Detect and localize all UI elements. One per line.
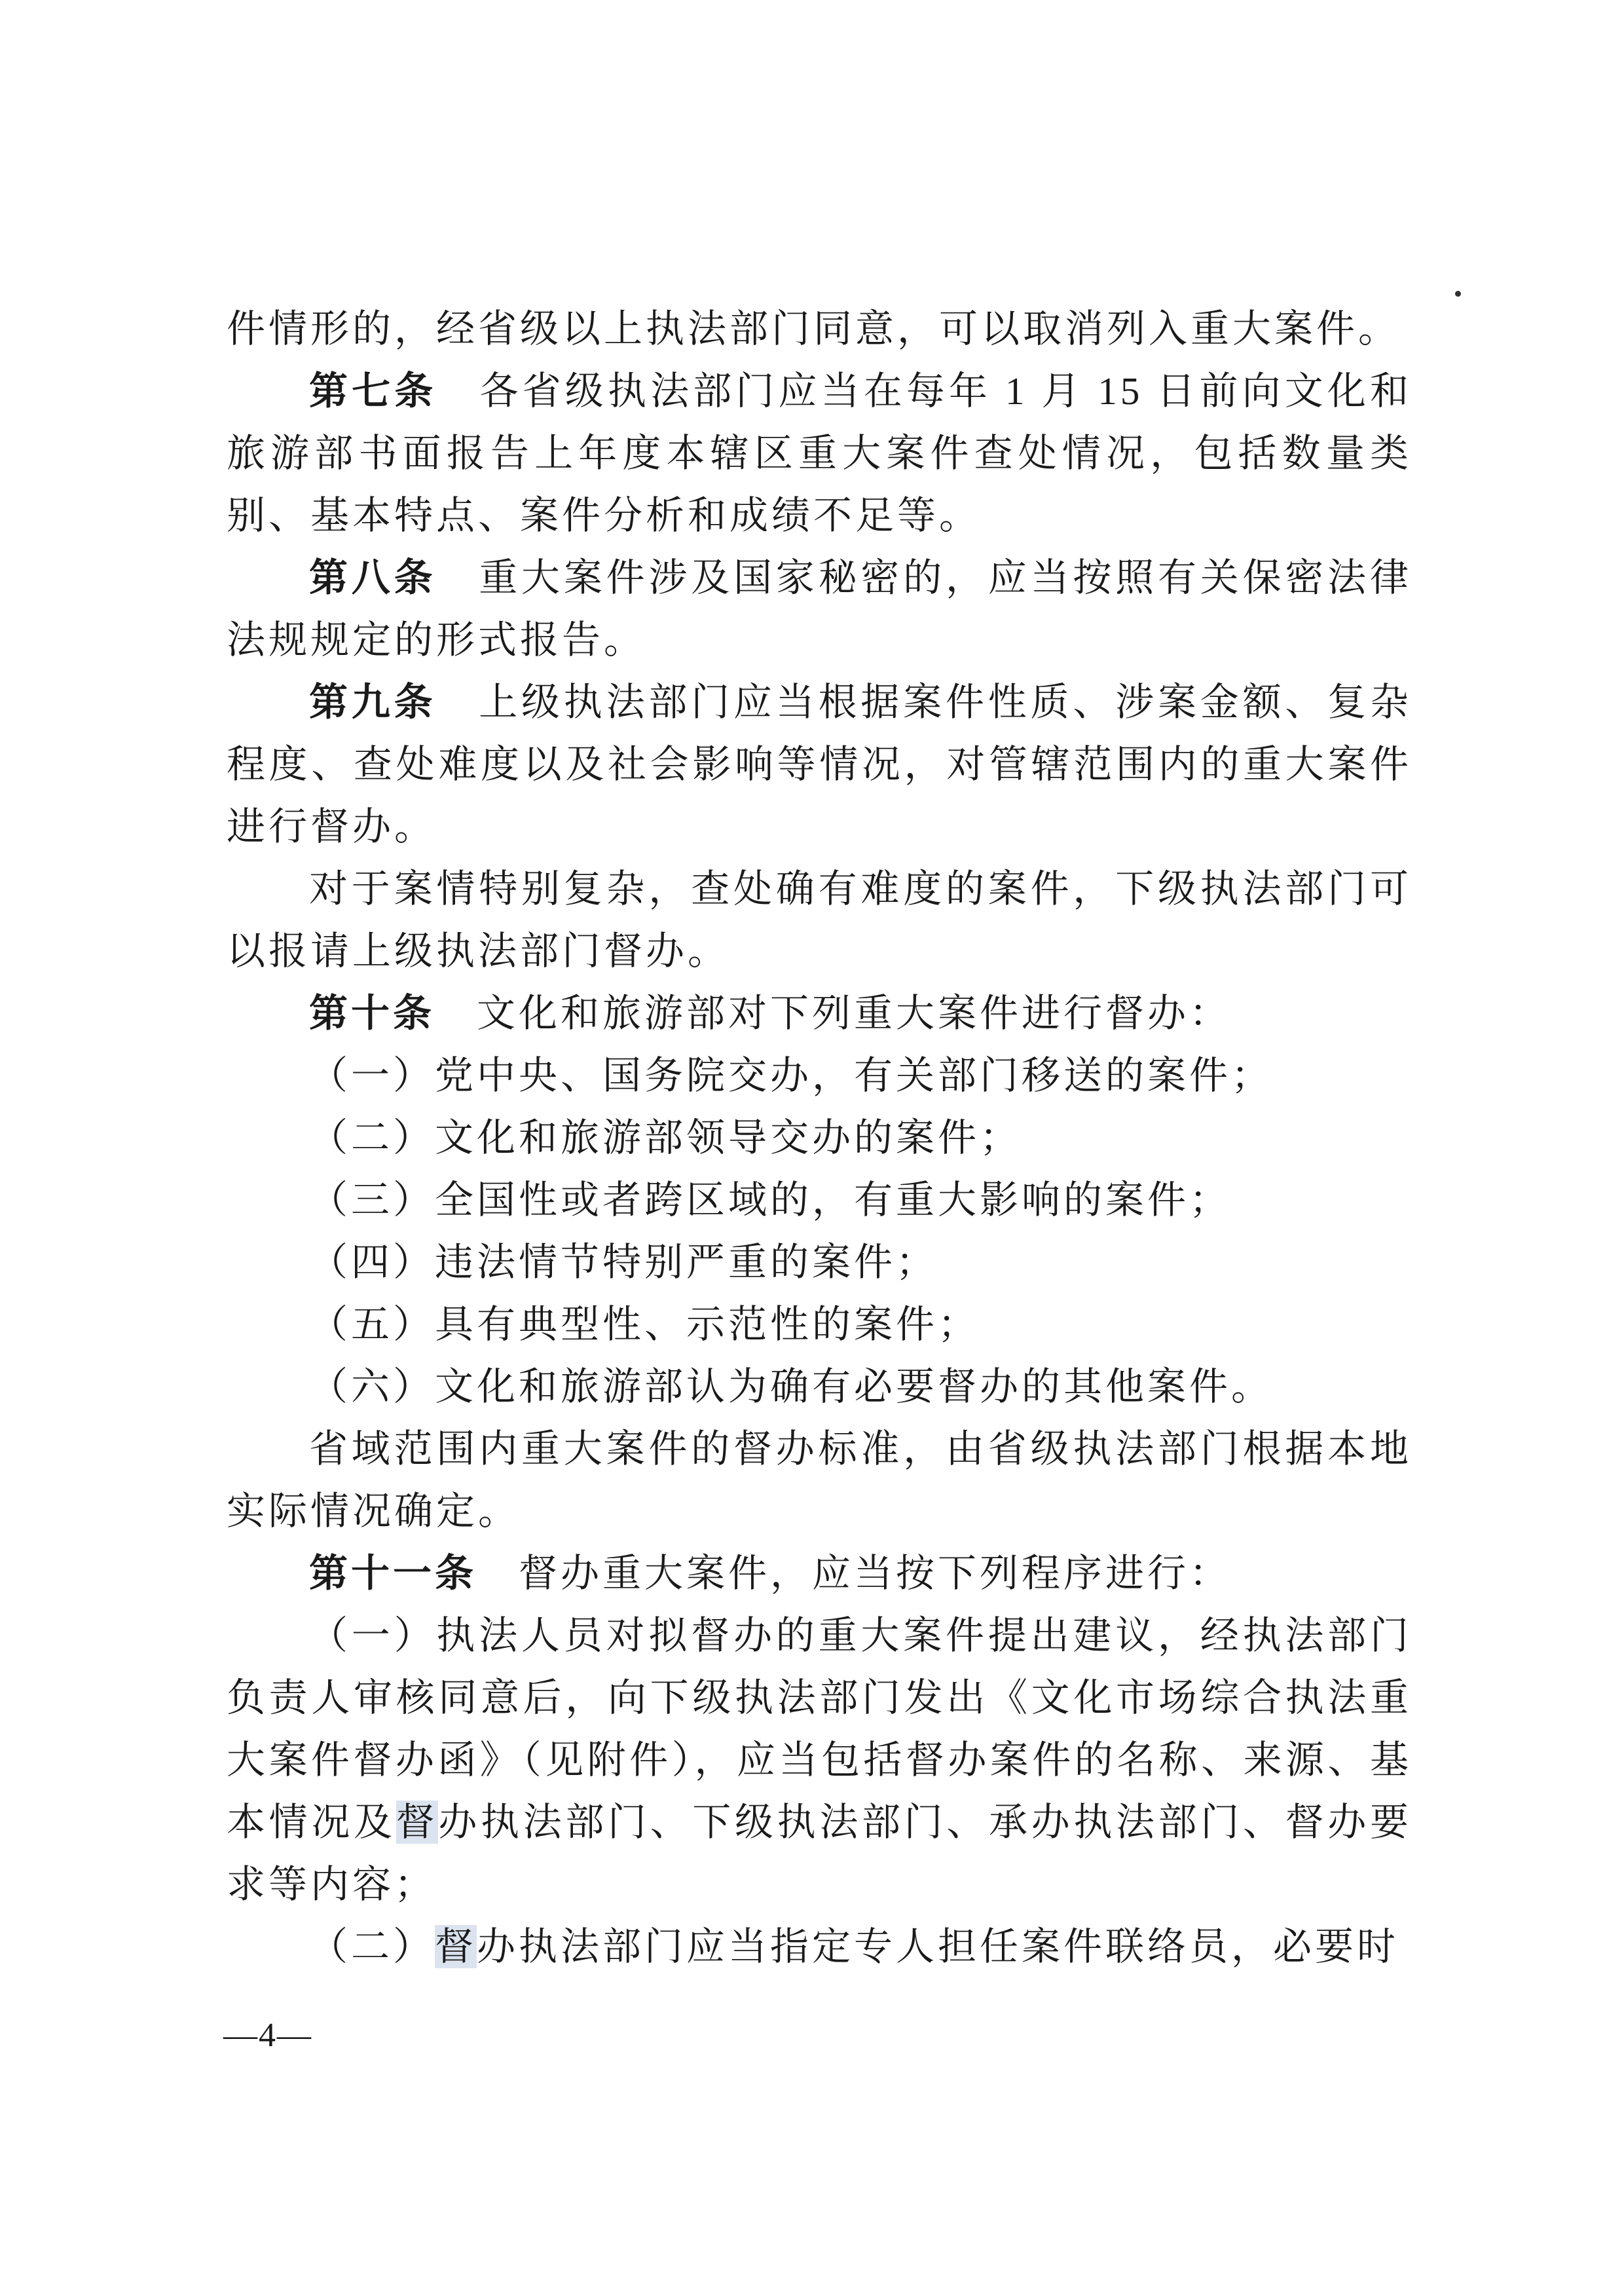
document-page: 件情形的，经省级以上执法部门同意，可以取消列入重大案件。第七条 各省级执法部门应… xyxy=(0,0,1624,2280)
text-segment: 对于案情特别复杂，查处确有难度的案件，下级执法部门可以报请上级执法部门督办。 xyxy=(227,867,1412,973)
paragraph: 第十条 文化和旅游部对下列重大案件进行督办： xyxy=(227,982,1412,1045)
text-segment: 办执法部门应当指定专人担任案件联络员，必要时 xyxy=(477,1925,1399,1968)
paragraph: 第七条 各省级执法部门应当在每年 1 月 15 日前向文化和旅游部书面报告上年度… xyxy=(227,360,1412,547)
text-segment: 件情形的，经省级以上执法部门同意，可以取消列入重大案件。 xyxy=(227,307,1400,350)
paragraph: （六）文化和旅游部认为确有必要督办的其他案件。 xyxy=(227,1356,1412,1418)
paragraph: 第八条 重大案件涉及国家秘密的，应当按照有关保密法律法规规定的形式报告。 xyxy=(227,547,1412,671)
paragraph: （二）文化和旅游部领导交办的案件； xyxy=(227,1107,1412,1169)
paragraph: （四）违法情节特别严重的案件； xyxy=(227,1231,1412,1294)
document-body: 件情形的，经省级以上执法部门同意，可以取消列入重大案件。第七条 各省级执法部门应… xyxy=(227,298,1412,1978)
scan-speck-artifact xyxy=(1455,291,1461,297)
text-segment: （一）党中央、国务院交办，有关部门移送的案件； xyxy=(309,1054,1273,1097)
article-number: 第十一条 xyxy=(309,1552,477,1595)
paragraph: 第九条 上级执法部门应当根据案件性质、涉案金额、复杂程度、查处难度以及社会影响等… xyxy=(227,671,1412,858)
highlighted-text: 督 xyxy=(435,1925,477,1968)
paragraph: （二）督办执法部门应当指定专人担任案件联络员，必要时 xyxy=(227,1916,1412,1978)
text-segment: （四）违法情节特别严重的案件； xyxy=(309,1241,938,1284)
text-segment: （三）全国性或者跨区域的，有重大影响的案件； xyxy=(309,1178,1231,1222)
text-segment: （五）具有典型性、示范性的案件； xyxy=(309,1303,980,1346)
highlighted-text: 督 xyxy=(396,1801,439,1844)
text-segment: （六）文化和旅游部认为确有必要督办的其他案件。 xyxy=(309,1365,1273,1408)
paragraph: （一）党中央、国务院交办，有关部门移送的案件； xyxy=(227,1045,1412,1107)
page-number: —4— xyxy=(223,2016,312,2055)
paragraph: 对于案情特别复杂，查处确有难度的案件，下级执法部门可以报请上级执法部门督办。 xyxy=(227,858,1412,982)
text-segment: 省域范围内重大案件的督办标准，由省级执法部门根据本地实际情况确定。 xyxy=(227,1427,1412,1533)
paragraph: （三）全国性或者跨区域的，有重大影响的案件； xyxy=(227,1169,1412,1231)
article-number: 第九条 xyxy=(309,681,436,724)
text-segment: 文化和旅游部对下列重大案件进行督办： xyxy=(435,992,1231,1035)
article-number: 第八条 xyxy=(309,556,436,599)
text-segment: 督办重大案件，应当按下列程序进行： xyxy=(477,1552,1231,1595)
text-segment: （二） xyxy=(309,1925,435,1968)
paragraph: 第十一条 督办重大案件，应当按下列程序进行： xyxy=(227,1542,1412,1605)
paragraph: 件情形的，经省级以上执法部门同意，可以取消列入重大案件。 xyxy=(227,298,1412,360)
paragraph: （一）执法人员对拟督办的重大案件提出建议，经执法部门负责人审核同意后，向下级执法… xyxy=(227,1605,1412,1916)
article-number: 第十条 xyxy=(309,992,435,1035)
paragraph: 省域范围内重大案件的督办标准，由省级执法部门根据本地实际情况确定。 xyxy=(227,1418,1412,1542)
article-number: 第七条 xyxy=(309,369,437,413)
paragraph: （五）具有典型性、示范性的案件； xyxy=(227,1294,1412,1356)
text-segment: （二）文化和旅游部领导交办的案件； xyxy=(309,1116,1022,1159)
